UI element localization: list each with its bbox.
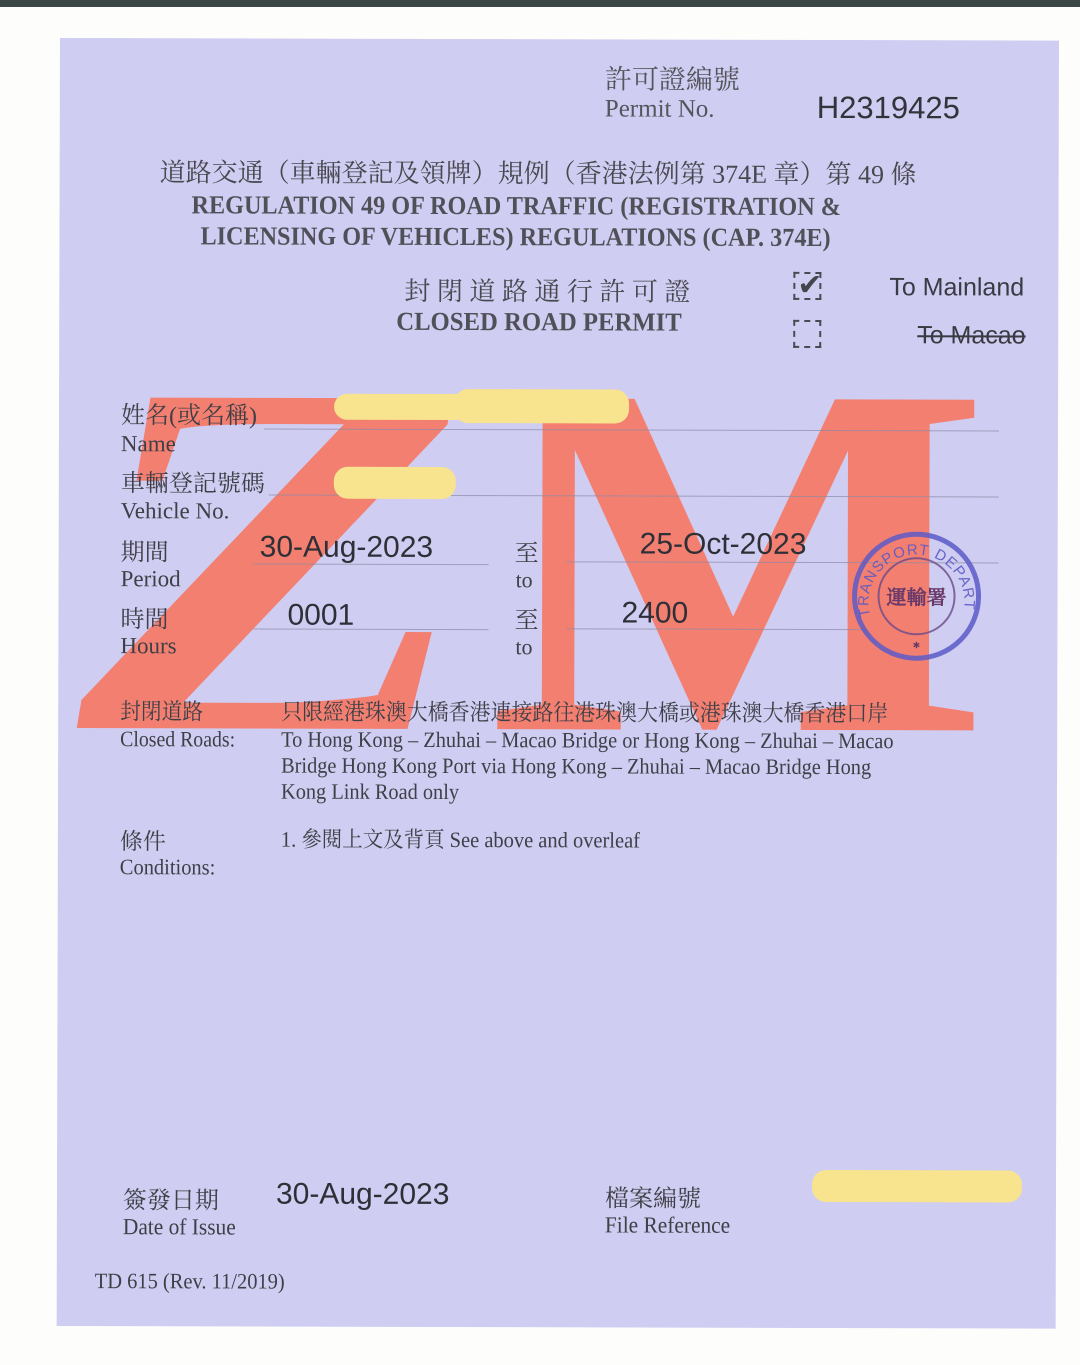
permit-title-en: CLOSED ROAD PERMIT	[396, 307, 682, 338]
closed-road-permit-document: Z M 許可證編號 Permit No. H2319425 道路交通（車輛登記及…	[57, 38, 1059, 1329]
period-from-value: 30-Aug-2023	[260, 531, 434, 565]
stamp-inner-text: 運輸署	[886, 585, 947, 609]
form-code: TD 615 (Rev. 11/2019)	[95, 1268, 285, 1294]
permit-no-label-en: Permit No.	[605, 95, 715, 123]
condition-1: 1. 參閱上文及背頁 See above and overleaf	[281, 823, 640, 855]
name-redaction	[454, 389, 629, 423]
vehicle-label-zh: 車輛登記號碼	[121, 463, 265, 498]
conditions-label-en: Conditions:	[120, 854, 216, 880]
permit-title-zh: 封 閉 道 路 通 行 許 可 證	[404, 271, 690, 309]
conditions-label-zh: 條件	[120, 823, 166, 856]
issue-date-label-zh: 簽發日期	[123, 1180, 219, 1215]
closed-roads-en-line3: Kong Link Road only	[281, 779, 459, 805]
closed-roads-zh: 只限經港珠澳大橋香港連接路往港珠澳大橋或港珠澳大橋香港口岸	[281, 694, 888, 729]
file-ref-label-en: File Reference	[605, 1212, 730, 1238]
file-ref-label-zh: 檔案編號	[605, 1178, 701, 1213]
checkmark-icon: ✔	[797, 268, 822, 303]
issue-date-value: 30-Aug-2023	[276, 1178, 450, 1212]
closed-roads-en-line1: To Hong Kong – Zhuhai – Macao Bridge or …	[281, 727, 893, 755]
closed-roads-en-line2: Bridge Hong Kong Port via Hong Kong – Zh…	[281, 753, 871, 781]
closed-roads-label-en: Closed Roads:	[120, 726, 235, 752]
period-label-en: Period	[121, 566, 181, 592]
vehicle-redaction	[334, 467, 456, 499]
stamp-star-icon: ✱	[913, 640, 921, 650]
permit-number: H2319425	[817, 90, 960, 126]
regulation-title-en-line1: REGULATION 49 OF ROAD TRAFFIC (REGISTRAT…	[192, 190, 841, 222]
period-to-value: 25-Oct-2023	[640, 528, 807, 562]
to-macao-checkbox[interactable]	[793, 320, 821, 348]
period-label-zh: 期間	[121, 532, 169, 567]
issue-date-label-en: Date of Issue	[123, 1214, 236, 1240]
name-label-en: Name	[121, 431, 176, 457]
period-to-zh: 至	[515, 533, 539, 568]
hours-to-value: 2400	[621, 596, 688, 630]
permit-no-label-zh: 許可證編號	[605, 57, 740, 96]
to-macao-label-struck: To Macao	[917, 321, 1025, 350]
vehicle-label-en: Vehicle No.	[121, 498, 230, 524]
hours-label-zh: 時間	[120, 599, 168, 634]
regulation-title-en-line2: LICENSING OF VEHICLES) REGULATIONS (CAP.…	[200, 221, 830, 253]
scan-top-edge	[0, 0, 1080, 7]
period-to-en: to	[516, 567, 533, 593]
file-ref-redaction	[812, 1170, 1022, 1203]
hours-to-zh: 至	[514, 600, 538, 635]
name-label-zh: 姓名(或名稱)	[121, 395, 257, 430]
to-mainland-label: To Mainland	[889, 273, 1024, 302]
hours-label-en: Hours	[120, 633, 176, 659]
regulation-title-zh: 道路交通（車輛登記及領牌）規例（香港法例第 374E 章）第 49 條	[160, 152, 917, 191]
hours-to-en: to	[515, 634, 532, 660]
closed-roads-label-zh: 封閉道路	[120, 693, 203, 726]
transport-department-stamp: TRANSPORT DEPARTMENT 運輸署 ✱	[850, 530, 982, 662]
to-mainland-checkbox[interactable]: ✔	[793, 272, 821, 300]
name-redaction	[334, 394, 469, 420]
